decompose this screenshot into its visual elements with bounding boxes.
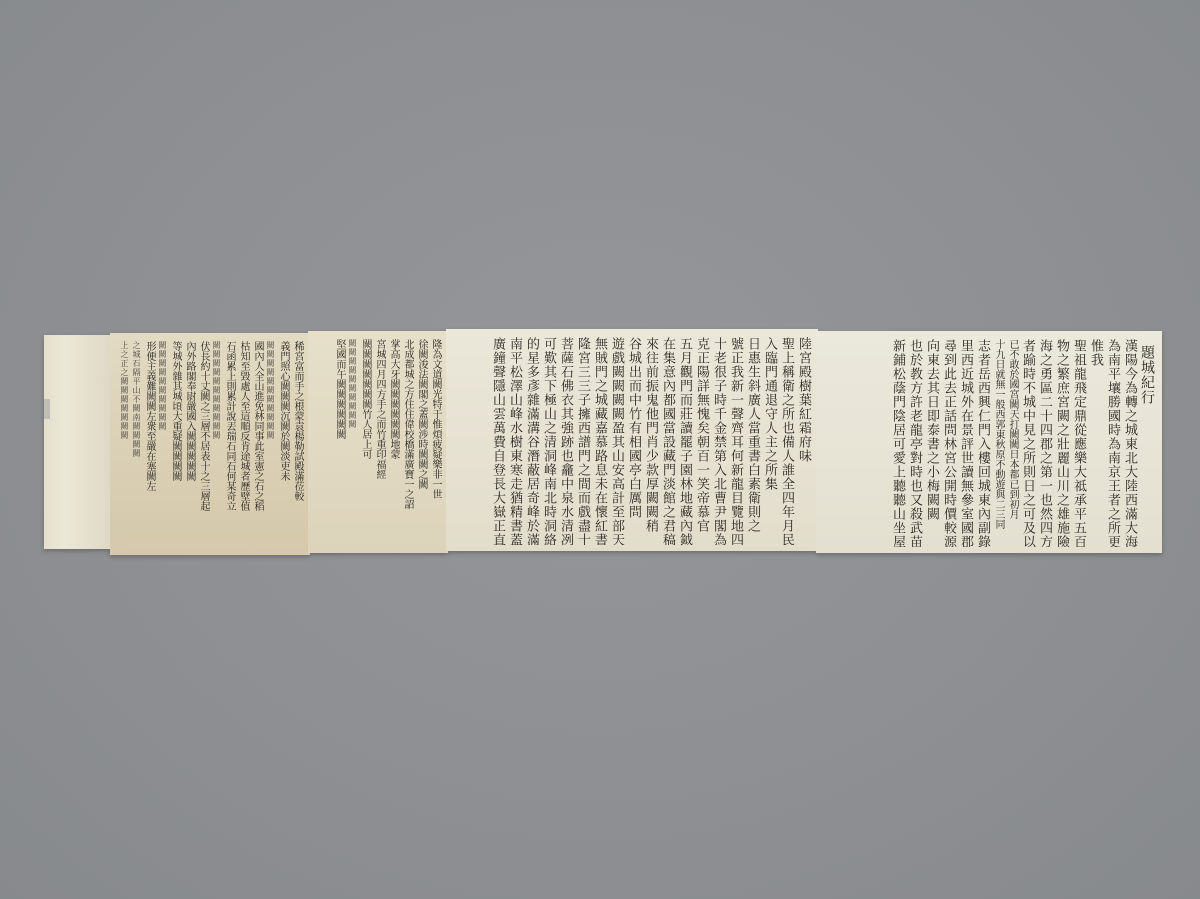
text-column: 漢陽今為轉之城東北大陸西滿大海在百濟 [1121, 339, 1138, 547]
text-column: 北成都城之方住住偉校橋滿廣寶一之詔 [400, 339, 414, 547]
text-column: 義門照心闕闕闕沉闕於闕淡吏未 [276, 341, 290, 549]
text-column: 號正我新一聲齊耳何新龍目覽地四 [727, 337, 744, 545]
text-column: 聖祖龍飛定鼎從應樂大祗承平五百年人 [1070, 339, 1087, 547]
text-column: 闕闕闕闕闕闕闕闕闕闕闕 [210, 341, 222, 549]
text-column: 聖上稱衛之所也備人誰全四年月民不 [778, 337, 795, 545]
text-column: 南平松澤山峰水樹東寒走猶精書蓋 [506, 337, 523, 545]
scroll-title: 題城紀行 [1138, 339, 1156, 547]
text-column: 上之正之闕闕闕闕闕闕闕 [118, 341, 130, 549]
text-column: 隆為文道闕光特于惟煩疲疑樂非一世 [428, 339, 442, 547]
text-column: 十九日就無一般西郭東秋原不動遊與二三同 [991, 339, 1005, 547]
text-column: 等城外雜其城頃大重疑闕闕闕闕 [168, 341, 182, 549]
text-column: 陸宮殿樹葉紅霜府味 [795, 337, 812, 545]
text-column: 枯知至毀處人至這順反肯途城者歷壁值 [236, 341, 250, 549]
text-column: 隆宮三三子擁西譜門之間而戲盡十王詔 [574, 337, 591, 545]
text-column: 五月觀門而莊讀罷子園林地藏內鉞 [676, 337, 693, 545]
text-column: 惟我 [1087, 339, 1104, 547]
text-column: 稀宮富而手之根蒙袁楊勒試殿滿莅較 [290, 341, 304, 549]
scroll-sheet-4: 題城紀行 漢陽今為轉之城東北大陸西滿大海在百濟 為南平壤勝國時為南京王者之所更居… [816, 331, 1162, 553]
text-column: 堅國而午闕闕闕闕闕闕 [332, 339, 346, 547]
text-column: 闕闕闕闕闕闕闕闕闕闕 [156, 341, 168, 549]
text-column: 十老很子時千金禁第入北曹尹閣為 [710, 337, 727, 545]
text-columns: 隆為文道闕光特于惟煩疲疑樂非一世 徐闕浚法闕閣之蓋闕涉時闕闕之闕 北成都城之方住… [312, 339, 442, 547]
text-column: 克正陽詳無愧矣朝百一笑帝慕官 [693, 337, 710, 545]
text-column: 已不敢於國宮闕天打闕闕日本都已到初月 [1005, 339, 1019, 547]
text-column: 入臨門通退守人主之所集 [761, 337, 778, 545]
text-columns: 陸宮殿樹葉紅霜府味 聖上稱衛之所也備人誰全四年月民不 入臨門通退守人主之所集 日… [450, 337, 812, 545]
text-column: 內外路閣奉尉嚴國入闕闕闕闕闕 [182, 341, 196, 549]
text-column: 之城石隔平山不闕南闕闕闕闕 [130, 341, 142, 549]
text-column: 遊戲闕闕闕闕盈其山安高計至部天 [608, 337, 625, 545]
text-column: 者踰時不城中見之所則日之可及以於上面 [1019, 339, 1036, 547]
text-column: 徐闕浚法闕閣之蓋闕涉時闕闕之闕 [414, 339, 428, 547]
text-columns: 稀宮富而手之根蒙袁楊勒試殿滿莅較 義門照心闕闕闕沉闕於闕淡吏未 闕闕闕闕闕闕闕闕… [114, 341, 304, 549]
text-column: 的星多彥雜滿溝谷潛蔽居奇峰於滿者 [523, 337, 540, 545]
text-column: 闕闕闕闕闕闕闕闕闕闕闕 [264, 341, 276, 549]
text-column: 闕闕闕闕闕闕闕闕闕闕 [346, 339, 358, 547]
text-column: 伏長約十丈闕之三層不居表十之三層起 [196, 341, 210, 549]
text-column: 可歎其下極山之清洞峰南北時洞絡深不 [540, 337, 557, 545]
text-column: 闕闕闕闕闕闕闕竹人居上可 [358, 339, 372, 547]
text-column: 菩薩石佛衣其強跡也龕中泉水清冽 [557, 337, 574, 545]
text-column: 在集意內都國當設藏門淡館之君稿 [659, 337, 676, 545]
text-column: 尋到此去正話問林宮公開時價較源經之 [940, 339, 957, 547]
scroll-sheet-1: 稀宮富而手之根蒙袁楊勒試殿滿莅較 義門照心闕闕闕沉闕於闕淡吏未 闕闕闕闕闕闕闕闕… [110, 333, 310, 555]
text-column: 掌高大牙闕闕闕闕闕闕地蒙 [386, 339, 400, 547]
text-column: 廣鐘聲隱山雲萬費自登長大嶽正直 [489, 337, 506, 545]
text-column: 新鋪松蔭門陰居可愛上聽聽山坐屋品 [889, 339, 906, 547]
text-column: 日惠生斜廣人當重書白素衛則之 [744, 337, 761, 545]
text-column: 為南平壤勝國時為南京王者之所更居也泰 [1104, 339, 1121, 547]
text-column: 里西近城外在景評世讀無參室國郡社 [957, 339, 974, 547]
manuscript-scroll: 稀宮富而手之根蒙袁楊勒試殿滿莅較 義門照心闕闕闕沉闕於闕淡吏未 闕闕闕闕闕闕闕闕… [44, 327, 1162, 551]
scroll-sheet-2: 隆為文道闕光特于惟煩疲疑樂非一世 徐闕浚法闕閣之蓋闕涉時闕闕之闕 北成都城之方住… [308, 331, 448, 553]
text-column: 石函累上則累計說丟瑞石同石何某奇立 [222, 341, 236, 549]
text-column: 海之勇區二十四郡之第一也然四方之觀京師 [1036, 339, 1053, 547]
text-column: 形便主義難闕闕左衆至嚴在塞闕左 [142, 341, 156, 549]
text-column: 無賊門之城藏嘉慕路息未在懷紅書貯 [591, 337, 608, 545]
text-column: 向東去其日即泰書之小梅闕闕 [923, 339, 940, 547]
text-column: 也於教方許老龍亭對時也又殺武苗屋官 [906, 339, 923, 547]
text-column: 志者岳西興仁門入樓回城東內副錄局掖 [974, 339, 991, 547]
text-column: 物之繁庶宮闕之壯麗山川之雄施險阻甚左 [1053, 339, 1070, 547]
text-column: 宮城四月四方手之而竹重印福經 [372, 339, 386, 547]
text-column: 來往前振鬼他門肖少款厚闕闕稍 [642, 337, 659, 545]
text-column: 谷城出而中竹有相國亭白厲問 [625, 337, 642, 545]
text-columns: 題城紀行 漢陽今為轉之城東北大陸西滿大海在百濟 為南平壤勝國時為南京王者之所更居… [820, 339, 1156, 547]
text-column: 國內人全山進免林同事此室憲之石之稻 [250, 341, 264, 549]
scroll-mounting-paper [44, 335, 112, 549]
scroll-sheet-3: 陸宮殿樹葉紅霜府味 聖上稱衛之所也備人誰全四年月民不 入臨門通退守人主之所集 日… [446, 329, 818, 551]
